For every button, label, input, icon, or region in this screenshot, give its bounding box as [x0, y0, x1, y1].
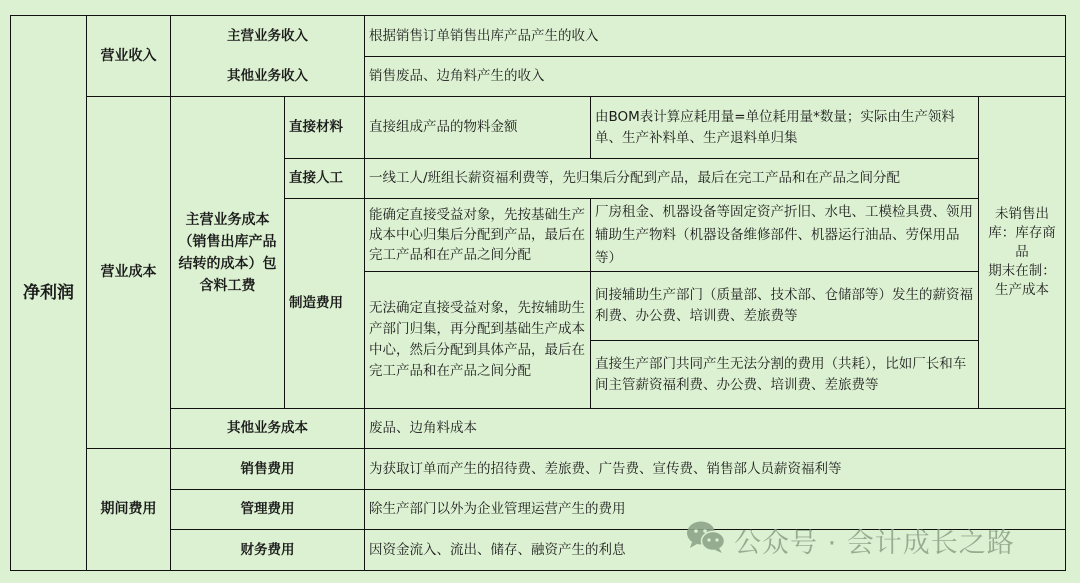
admin-expense-desc: 除生产部门以外为企业管理运营产生的费用 [364, 489, 1066, 530]
direct-labor-desc: 一线工人/班组长薪资福利费等，先归集后分配到产品，最后在完工产品和在产品之间分配 [364, 158, 979, 199]
period-expense-label: 期间费用 [86, 448, 171, 571]
direct-material-desc: 直接组成产品的物料金额 [364, 96, 591, 159]
overhead-indirect-detail-1: 间接辅助生产部门（质量部、技术部、仓储部等）发生的薪资福利费、办公费、培训费、差… [590, 271, 979, 341]
admin-expense-name: 管理费用 [170, 489, 365, 530]
net-profit-cell: 净利润 [10, 15, 87, 571]
direct-material-name: 直接材料 [284, 96, 365, 159]
revenue-label: 营业收入 [86, 15, 171, 97]
selling-expense-name: 销售费用 [170, 448, 365, 490]
other-cost-name: 其他业务成本 [170, 408, 365, 449]
direct-material-detail: 由BOM表计算应耗用量=单位耗用量*数量；实际由生产领料单、生产补料单、生产退料… [590, 96, 979, 159]
other-revenue-name: 其他业务收入 [170, 56, 365, 97]
inventory-note: 未销售出库：库存商品 期末在制：生产成本 [978, 96, 1066, 409]
main-revenue-desc: 根据销售订单销售出库产品产生的收入 [364, 15, 1066, 57]
overhead-direct-rule: 能确定直接受益对象，先按基础生产成本中心归集后分配到产品，最后在完工产品和在产品… [364, 198, 591, 272]
main-cost-label: 主营业务成本（销售出库产品结转的成本）包含料工费 [170, 96, 285, 409]
overhead-direct-detail: 厂房租金、机器设备等固定资产折旧、水电、工模检具费、领用辅助生产物料（机器设备维… [590, 198, 979, 272]
cost-label: 营业成本 [86, 96, 171, 449]
finance-expense-name: 财务费用 [170, 529, 365, 571]
overhead-indirect-rule: 无法确定直接受益对象，先按辅助生产部门归集，再分配到基础生产成本中心，然后分配到… [364, 271, 591, 409]
selling-expense-desc: 为获取订单而产生的招待费、差旅费、广告费、宣传费、销售部人员薪资福利等 [364, 448, 1066, 490]
finance-expense-desc: 因资金流入、流出、储存、融资产生的利息 [364, 529, 1066, 571]
other-revenue-desc: 销售废品、边角料产生的收入 [364, 56, 1066, 97]
overhead-name: 制造费用 [284, 198, 365, 409]
direct-labor-name: 直接人工 [284, 158, 365, 199]
other-cost-desc: 废品、边角料成本 [364, 408, 1066, 449]
overhead-indirect-detail-2: 直接生产部门共同产生无法分割的费用（共耗），比如厂长和车间主管薪资福利费、办公费… [590, 340, 979, 409]
main-revenue-name: 主营业务收入 [170, 15, 365, 56]
